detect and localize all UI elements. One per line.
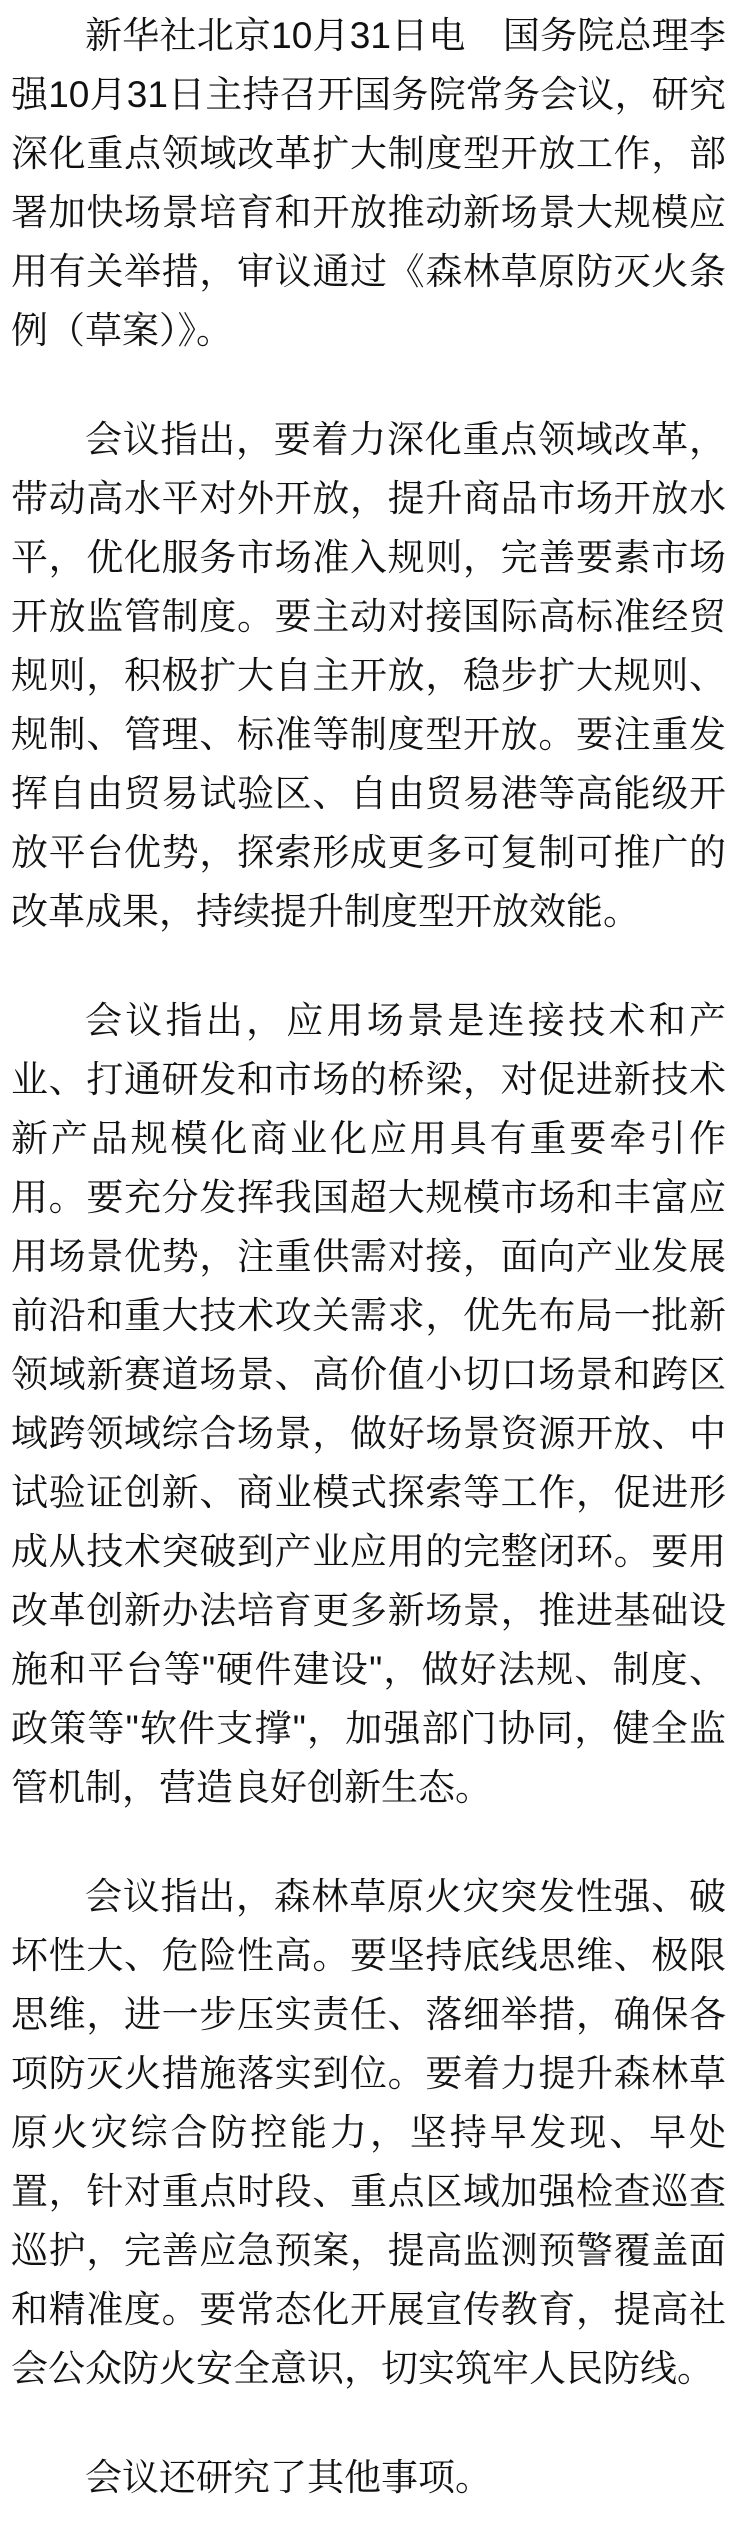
article-body: 新华社北京10月31日电 国务院总理李强10月31日主持召开国务院常务会议，研究… [0,0,737,2547]
article-paragraph-other-matters: 会议还研究了其他事项。 [11,2448,726,2507]
article-page: { "page": { "background": "#ffffff", "te… [0,0,737,2547]
article-paragraph-fire-prevention: 会议指出，森林草原火灾突发性强、破坏性大、危险性高。要坚持底线思维、极限思维，进… [11,1867,726,2398]
article-paragraph-reform-opening: 会议指出，要着力深化重点领域改革，带动高水平对外开放，提升商品市场开放水平，优化… [11,410,726,941]
article-paragraph-application-scenarios: 会议指出，应用场景是连接技术和产业、打通研发和市场的桥梁，对促进新技术新产品规模… [11,991,726,1817]
article-paragraph-lead: 新华社北京10月31日电 国务院总理李强10月31日主持召开国务院常务会议，研究… [11,6,726,360]
